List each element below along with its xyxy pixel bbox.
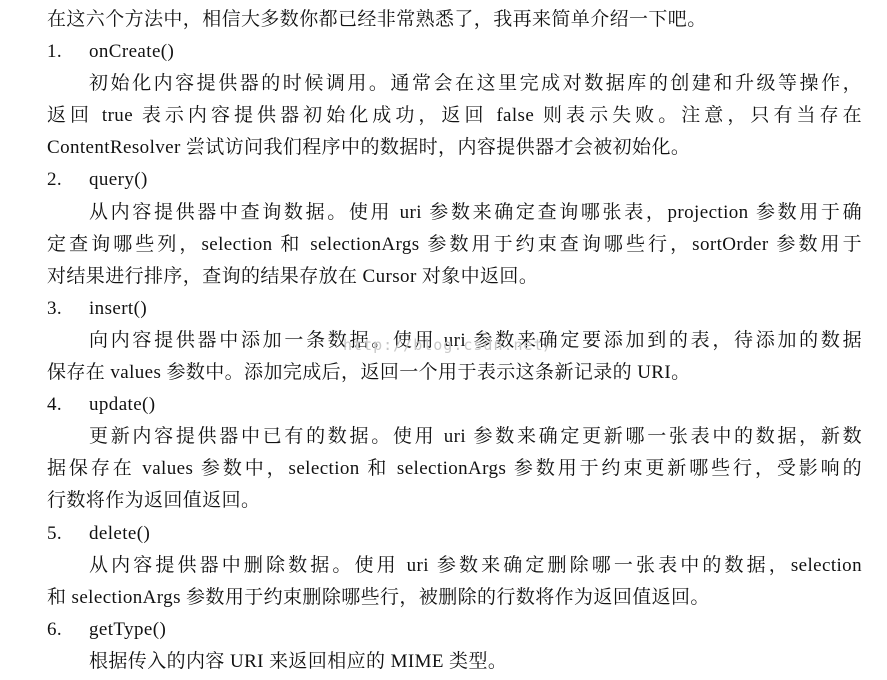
method-name: getType() — [89, 614, 166, 646]
method-heading-oncreate: 1. onCreate() — [47, 36, 862, 68]
description-line: 定查询哪些列，selection 和 selectionArgs 参数用于约束查… — [47, 229, 862, 261]
list-number: 6. — [47, 614, 89, 646]
description-line: 从内容提供器中查询数据。使用 uri 参数来确定查询哪张表，projection… — [47, 197, 862, 229]
intro-paragraph: 在这六个方法中，相信大多数你都已经非常熟悉了，我再来简单介绍一下吧。 — [47, 4, 862, 36]
description-line: 更新内容提供器中已有的数据。使用 uri 参数来确定更新哪一张表中的数据，新数 — [47, 421, 862, 453]
description-line: 从内容提供器中删除数据。使用 uri 参数来确定删除哪一张表中的数据，selec… — [47, 550, 862, 582]
method-heading-delete: 5. delete() — [47, 518, 862, 550]
list-number: 1. — [47, 36, 89, 68]
list-number: 5. — [47, 518, 89, 550]
description-line: ContentResolver 尝试访问我们程序中的数据时，内容提供器才会被初始… — [47, 132, 862, 164]
method-heading-insert: 3. insert() — [47, 293, 862, 325]
method-name: delete() — [89, 518, 150, 550]
method-name: onCreate() — [89, 36, 174, 68]
description-line: 保存在 values 参数中。添加完成后，返回一个用于表示这条新记录的 URI。 — [47, 357, 862, 389]
description-line: 初始化内容提供器的时候调用。通常会在这里完成对数据库的创建和升级等操作， — [47, 68, 862, 100]
description-line: 对结果进行排序，查询的结果存放在 Cursor 对象中返回。 — [47, 261, 862, 293]
description-line: 向内容提供器中添加一条数据。使用 uri 参数来确定要添加到的表，待添加的数据 — [47, 325, 862, 357]
method-name: query() — [89, 164, 148, 196]
document-page: 在这六个方法中，相信大多数你都已经非常熟悉了，我再来简单介绍一下吧。 1. on… — [47, 4, 862, 678]
method-heading-update: 4. update() — [47, 389, 862, 421]
method-name: update() — [89, 389, 156, 421]
method-heading-query: 2. query() — [47, 164, 862, 196]
list-number: 3. — [47, 293, 89, 325]
list-number: 4. — [47, 389, 89, 421]
method-heading-gettype: 6. getType() — [47, 614, 862, 646]
description-line: 返回 true 表示内容提供器初始化成功，返回 false 则表示失败。注意，只… — [47, 100, 862, 132]
description-line: 根据传入的内容 URI 来返回相应的 MIME 类型。 — [47, 646, 862, 678]
description-line: 和 selectionArgs 参数用于约束删除哪些行，被删除的行数将作为返回值… — [47, 582, 862, 614]
list-number: 2. — [47, 164, 89, 196]
description-line: 行数将作为返回值返回。 — [47, 485, 862, 517]
method-name: insert() — [89, 293, 147, 325]
description-line: 据保存在 values 参数中，selection 和 selectionArg… — [47, 453, 862, 485]
